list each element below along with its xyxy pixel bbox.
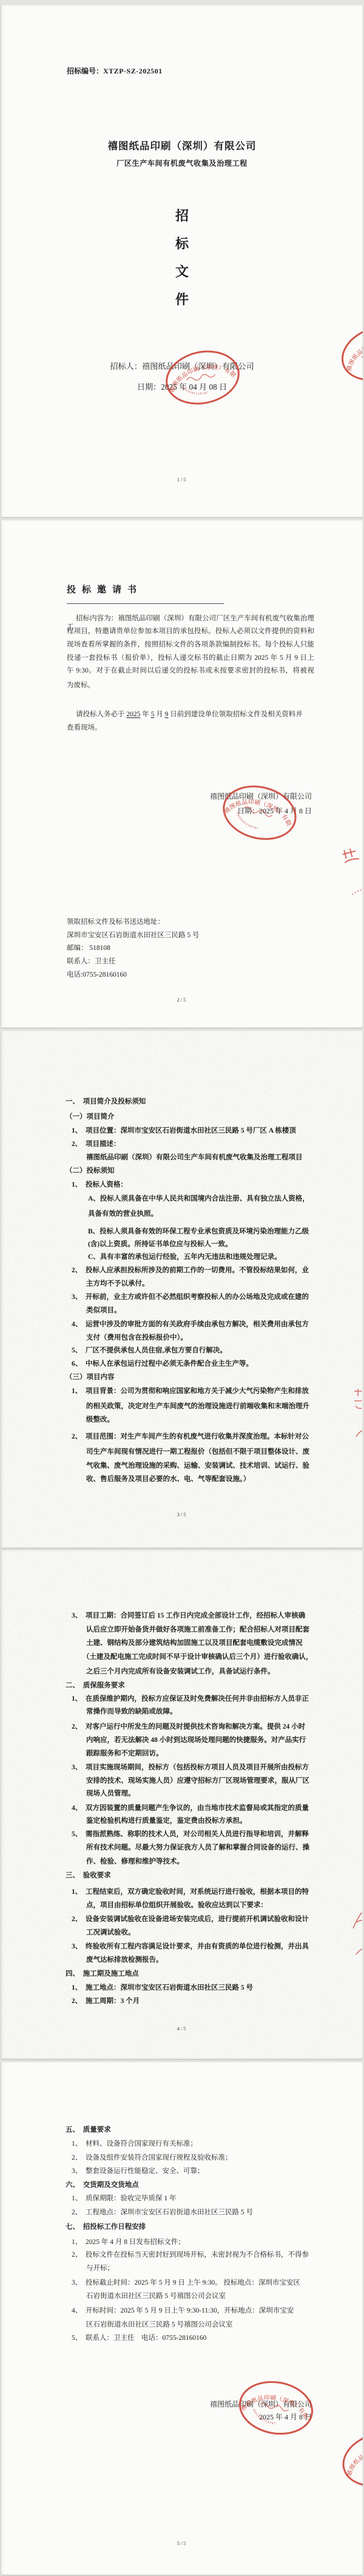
- doc-line: 常操作而导致的缺陷或故障。: [86, 1707, 177, 1716]
- doc-line: 所有技术问题。尽最大努力保证我方人员了解和掌握合同设备的运行、操: [86, 1843, 309, 1852]
- text-part: 年: [140, 711, 150, 718]
- doc-line: （三）项目内容: [66, 1373, 115, 1381]
- doc-line: 3、 项目工期：合同签订后 15 工作日内完成全部设计工作，经招标人审核确: [72, 1612, 305, 1620]
- doc-line: 领取招标文件及标书送达地址：: [67, 917, 164, 926]
- doc-line: 2、 项目范围：对生产车间产生的有机废气进行收集并深度治理。本标针对公: [72, 1432, 309, 1441]
- project-name-subtitle: 厂区生产车间有机废气收集及治理工程: [1, 158, 363, 168]
- doc-line: 现场查看所掌握的条件，按照招标文件的各项条款编制投标书。每个投标人只能: [67, 640, 314, 649]
- doc-line: 土建、钢结构及部分建筑结构加固施工以及项目配套电缆敷设完成情况: [86, 1639, 303, 1647]
- doc-line: B、投标人须具备有效的环保工程专业承包资质及环境污染治理能力乙级: [88, 1227, 309, 1236]
- company-seal-edge-fragment: 禧图纸品印刷（深圳）有限公司: [334, 2422, 363, 2497]
- company-seal: 禧图纸品印刷（深圳）有限公司 4403045159787: [158, 342, 248, 414]
- doc-line: C、具有丰富的承包运行经验，五年内无违法和违规处理记录。: [88, 1253, 281, 1261]
- doc-line: （一）项目简介: [66, 1113, 115, 1121]
- section-heading: 六、 交货期及交货地点: [66, 2181, 139, 2189]
- doc-line: 2、 对客户运行中所发生的问题及时提供技术咨询和解决方案。提供 24 小时: [72, 1723, 305, 1731]
- doc-line: 气收集、废气治理设施的采购、运输、安装调试、技术培训、试运行、验: [86, 1462, 309, 1470]
- doc-line: 6、 中标人在承包运行过程中必须无条件配合业主生产等。: [72, 1360, 253, 1368]
- photocopy-grain-texture: [1, 1031, 363, 1548]
- seal-code-text: 4403045159787: [232, 812, 261, 831]
- doc-line: 石岩街道水田社区三民路 5 号禧图公司会议室: [86, 2292, 226, 2300]
- section-heading: 三、 验收要求: [66, 1871, 111, 1880]
- doc-line: 4、 开标时间：2025 年 5 月 9 日上午 9:30-11:30，开标地点…: [72, 2307, 294, 2315]
- doc-line: 1、 项目位置：深圳市宝安区石岩街道水田社区三民路 5 号厂区 A 栋楼顶: [72, 1127, 296, 1135]
- title-char: 招: [1, 202, 363, 230]
- doc-line: 内响应，若无法解决 48 小时到达现场处理问题的快捷服务。对产品实行: [86, 1736, 306, 1744]
- doc-line: 现场人员管理。: [86, 1789, 135, 1798]
- text-part: 请投标人务必于: [76, 711, 126, 718]
- page-number: 2/5: [1, 997, 363, 1003]
- document-page-2-invitation: 投标邀请书 招标内容为：禧图纸品印刷（深圳）有限公司厂区生产车间有机废气收集治理…: [1, 520, 363, 1028]
- doc-line: 1、 质保期限：验收完毕质保 1 年: [72, 2194, 177, 2203]
- section-heading: 七、 招投标工作日程安排: [66, 2223, 146, 2231]
- doc-line: 1、 2025 年 4 月 8 日发布招标文件；: [72, 2238, 185, 2246]
- seal-ink-fragment: [353, 1389, 363, 1413]
- document-page-1-cover: 招标编号：XTZP-SZ-202501 禧图纸品印刷（深圳）有限公司 厂区生产车…: [1, 5, 363, 517]
- doc-line: 联系人：卫主任: [67, 956, 116, 966]
- document-page-5: 五、 质量要求 1、 材料、设备符合国家现行有关标准； 2、 设备及组件安装符合…: [1, 2062, 363, 2575]
- seal-company-text: 禧图纸品印刷（深圳）有限公司: [232, 2373, 315, 2424]
- doc-line: 查看现场。: [67, 724, 314, 732]
- doc-line: 1、 工程结束后，双方确定验收时间，对系统运行进行验收，根据本项目的特: [72, 1888, 309, 1896]
- underlined-year: 2025: [126, 711, 140, 718]
- doc-line: 安排的技术、现场实施人员）应遵守招标方厂区现场管理要求，服从厂区: [86, 1777, 309, 1785]
- doc-line: 具备有效的营业执照。: [88, 1210, 158, 1218]
- doc-line: 与开标；: [86, 2264, 114, 2273]
- doc-line: 2、 设备安装调试验收在设备进场安装完成后，进行提前开机调试验收和设计: [72, 1915, 309, 1924]
- svg-text:4403045159787: 4403045159787: [232, 812, 261, 831]
- doc-line: 为废标。: [67, 681, 314, 690]
- section-heading: 二、 质保服务要求: [66, 1681, 125, 1690]
- doc-line: 类似项目。: [86, 1306, 121, 1315]
- doc-line: 2、 施工周期：3 个月: [72, 1997, 140, 2005]
- doc-line: 5、 厂区不提供承包人员住宿,承包方要自行解决。: [72, 1346, 227, 1355]
- doc-line: 工况调试验收。: [86, 1928, 135, 1937]
- doc-line: 4、 双方因装置的质量问题产生争议的，由当地市技术监督局或其指定的质量: [72, 1804, 309, 1812]
- doc-line: 3、 整套设备运行性能稳定、安全、可靠；: [72, 2167, 204, 2175]
- document-page-4: 3、 项目工期：合同签订后 15 工作日内完成全部设计工作，经招标人审核确 认后…: [1, 1550, 363, 2059]
- doc-line: 4、 运营中涉及的审批方面的有关政府手续由承包方解决，相关费用由承包方: [72, 1320, 309, 1329]
- doc-line: 3、 项目实施现场期间，投标方（包括投标方项目人员及项目开展所由投标方: [72, 1763, 309, 1772]
- doc-line-with-dates: 请投标人务必于 2025 年 5 月 9 日前到建设单位领取招标文件及相关资料并: [67, 710, 314, 719]
- doc-line: 1、 在质保维护期内，投标方应保证及时免费解决任何并非由招标方人员非正: [72, 1695, 309, 1703]
- doc-line: 1、 项目背景：公司为贯彻和响应国家和地方关于减少大气污染物产生和排放: [72, 1387, 309, 1395]
- doc-line: 收、售后服务及项目必要的水、电、气等配套设施。）: [86, 1475, 250, 1483]
- seal-ink-fragment: [356, 1428, 363, 1440]
- tender-ref-line: 招标编号：XTZP-SZ-202501: [67, 66, 163, 76]
- document-title-vertical: 招 标 文 件: [1, 202, 363, 314]
- doc-line: 程项目，特邀请贵单位参加本项目的承包投标。投标人必须以文件提供的资料和: [67, 627, 314, 636]
- company-seal: 禧图纸品印刷（深圳）有限公司 4403045159787: [215, 776, 305, 850]
- section-heading: 四、 施工期及施工地点: [66, 1970, 139, 1978]
- document-page-3: 一、 项目简介及投标须知 （一）项目简介 1、 项目位置：深圳市宝安区石岩街道水…: [1, 1031, 363, 1548]
- doc-line: 电话:0755-28160160: [67, 969, 127, 979]
- doc-line: 3、 投标截止时间：2025 年 5 月 9 日 上午 9:30。 投标地点：深…: [72, 2279, 300, 2287]
- seal-code-text: 4403045159787: [250, 2408, 278, 2426]
- doc-line: 司生产车间现有情况进行一期工程报价（包括但不限于项目整体设计、废: [86, 1448, 309, 1456]
- doc-line: （二）投标须知: [66, 1167, 115, 1175]
- doc-line: (含)以上资质。所持证书单位应与投标人一致。: [88, 1240, 232, 1249]
- doc-line: 废气达标排放检测报告。: [86, 1956, 163, 1964]
- doc-line: 级整改。: [86, 1415, 114, 1424]
- doc-line: 5、 联系人：卫主任 电话：0755-28160160: [72, 2334, 206, 2342]
- section-heading: 五、 质量要求: [66, 2126, 111, 2134]
- doc-line: 之后三个月内完成所有设备安装调试工作，具备试运行条件。: [86, 1667, 275, 1676]
- page-number: 3/5: [1, 1511, 363, 1517]
- doc-line: 投递一套投标书（报价单），投标人递交标书的截止日期为 2025 年 5 月 9 …: [67, 654, 314, 662]
- doc-line: 1、 投标人资格：: [72, 1181, 127, 1189]
- doc-line: 主方均不予以承付。: [86, 1280, 149, 1288]
- doc-line: 2、 投标人应承担投标所涉及的前期工作的一切费用。不管投标结果如何，业: [72, 1266, 309, 1275]
- doc-line: 禧图纸品印刷（深圳）有限公司生产车间有机废气收集及治理工程项目: [86, 1153, 303, 1162]
- doc-line: 深圳市宝安区石岩街道水田社区三民路 5 号: [67, 930, 200, 940]
- title-char: 文: [1, 258, 363, 286]
- title-char: 件: [1, 286, 363, 314]
- svg-text:4403045159787: 4403045159787: [181, 381, 209, 400]
- svg-text:4403045159787: 4403045159787: [250, 2408, 278, 2426]
- doc-line: 2、 设备及组件安装符合国家现行规程及验收标准；: [72, 2154, 232, 2162]
- seal-ink-fragment: [339, 845, 363, 903]
- text-part: 月: [154, 711, 164, 718]
- invitation-title: 投标邀请书: [67, 583, 224, 604]
- text-part: 日前到建设单位领取招标文件及相关资料并: [168, 711, 302, 718]
- doc-line: 点，项目由招标单位组织开展验收。验收应达到以下要求：: [86, 1901, 268, 1910]
- seal-ink-fragment: [356, 1946, 363, 1957]
- doc-line: 作、检验、修理和维护等技术。: [86, 1857, 184, 1866]
- doc-line: 支付（费用包含在投标报价中）。: [86, 1334, 187, 1342]
- doc-line: A、投标人须具备在中华人民共和国境内合法注册、具有独立法人资格，: [88, 1195, 309, 1203]
- scanned-tender-document: { "stamp": { "arc_text": "禧图纸品印刷（深圳）有限公司…: [0, 0, 364, 2576]
- title-char: 标: [1, 230, 363, 258]
- page-number: 4/5: [1, 2025, 363, 2032]
- doc-line: 1、 材料、设备符合国家现行有关标准；: [72, 2140, 197, 2148]
- doc-line: 2、 投标文件在投标当天密封好到现场开标，未密封视为不合格标书，不得参: [72, 2251, 309, 2259]
- doc-line: 区石岩街道水田社区三民路 5 号禧图公司会议室: [86, 2320, 233, 2329]
- doc-line: 跟踪服务和不定期回访。: [86, 1749, 163, 1758]
- doc-line: 鉴定检验机构进行质量鉴定，鉴定费由投标方承担。: [86, 1817, 247, 1825]
- doc-line: 3、 开标前，业主方或许但不必然组织考察投标人的办公场地及完成或在建的: [72, 1293, 309, 1301]
- tender-ref-number: XTZP-SZ-202501: [103, 67, 163, 75]
- seal-code-text: 4403045159787: [181, 381, 209, 400]
- company-name-title: 禧图纸品印刷（深圳）有限公司: [1, 138, 363, 152]
- svg-text:禧图纸品印刷（深圳）有限公司: 禧图纸品印刷（深圳）有限公司: [232, 2373, 315, 2424]
- seal-ink-fragment: [352, 1910, 363, 1932]
- doc-line: 2、 项目描述：: [72, 1140, 121, 1148]
- doc-line: 3、 终验收所有工程内容满足设计要求，并由有资质的单位进行检测，并出具: [72, 1942, 309, 1951]
- company-seal: 禧图纸品印刷（深圳）有限公司 4403045159787: [232, 2373, 320, 2442]
- doc-line: 2、 工程地点：深圳市宝安区石岩街道水田社区三民路 5 号: [72, 2208, 253, 2217]
- doc-line: 邮编： 518108: [67, 943, 110, 952]
- doc-line: 5、 需指派熟练、称职的技术人员，对公司相关人员进行指导和培训，并解释: [72, 1830, 309, 1839]
- tender-ref-label: 招标编号：: [67, 67, 103, 75]
- section-heading: 一、 项目简介及投标须知: [66, 1097, 146, 1106]
- doc-line: （土建及配电施工完成时间不早于设计审核确认后三个月）进行验收确认，: [83, 1653, 313, 1661]
- doc-line: 认后应立即开始备货并做好各项施工前准备工作；配合招标人对项目配套: [86, 1625, 309, 1634]
- doc-line: 的相关政策，决定对生产车间废气的治理设施进行前端收集和末端治理升: [86, 1402, 309, 1411]
- page-number: 5/5: [1, 2540, 363, 2546]
- page-number: 1/5: [1, 476, 363, 483]
- doc-line: 午 9:30。对于在截止时间以后递交的投标书或未按要求密封的投标书，将被视: [67, 666, 314, 675]
- doc-line: 1、 施工地点：深圳市宝安区石岩街道水田社区三民路 5 号: [72, 1984, 253, 1992]
